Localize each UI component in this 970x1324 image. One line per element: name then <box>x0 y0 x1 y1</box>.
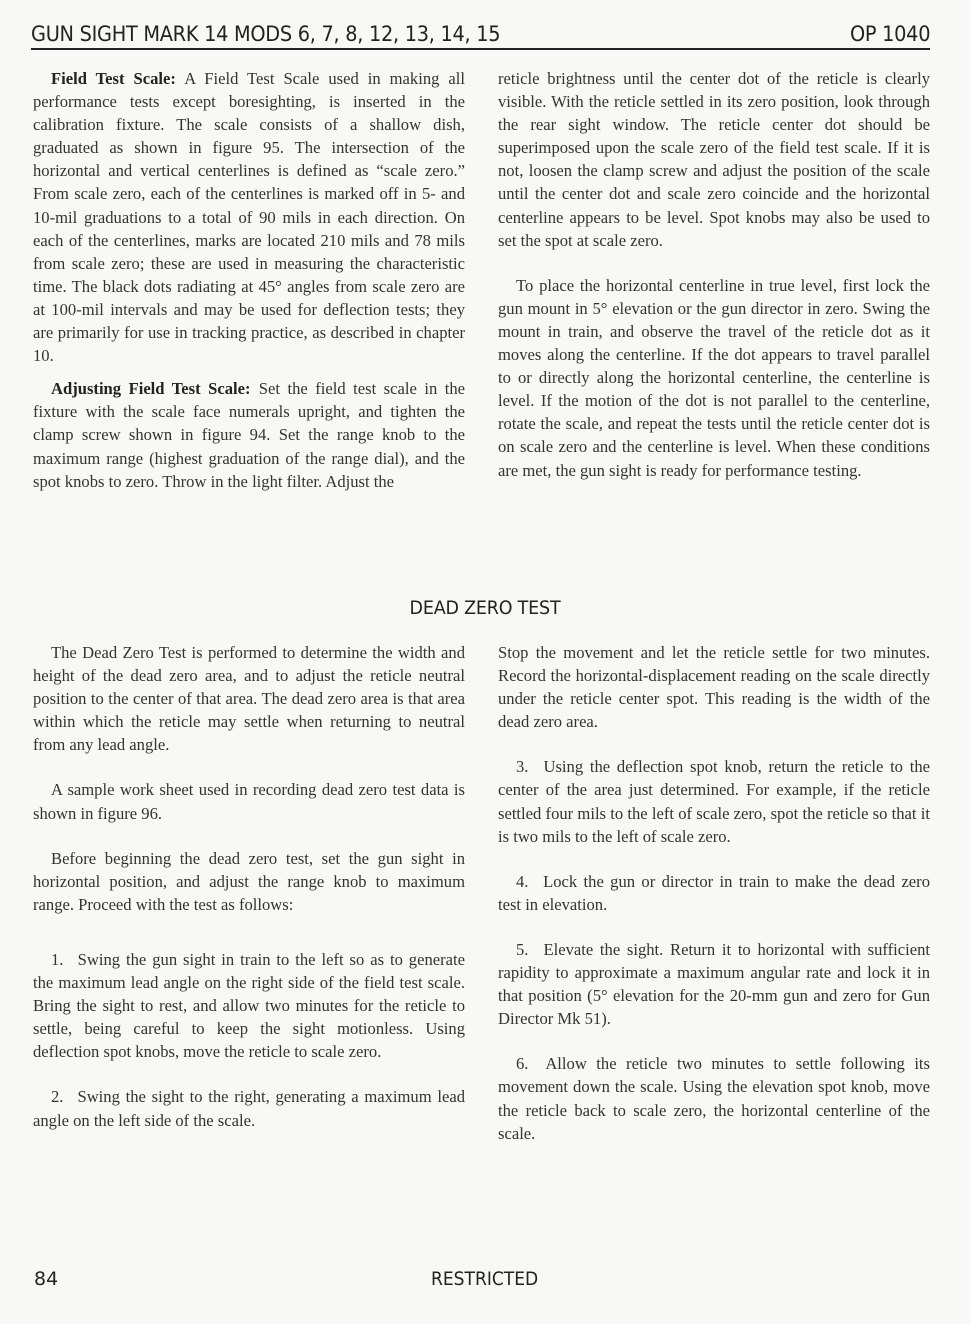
step-1: 1. Swing the gun sight in train to the l… <box>33 948 465 1063</box>
paragraph: To place the horizontal centerline in tr… <box>498 274 930 482</box>
step-2: 2. Swing the sight to the right, generat… <box>33 1085 465 1131</box>
step-4: 4. Lock the gun or director in train to … <box>498 870 930 916</box>
paragraph: The Dead Zero Test is performed to deter… <box>33 641 465 756</box>
paragraph-lead: Field Test Scale: <box>51 69 176 88</box>
top-left-column: Field Test Scale: A Field Test Scale use… <box>33 67 465 493</box>
field-test-scale-paragraph: Field Test Scale: A Field Test Scale use… <box>33 67 465 367</box>
paragraph: Before beginning the dead zero test, set… <box>33 847 465 916</box>
top-right-column: reticle brightness until the center dot … <box>498 67 930 482</box>
step-6: 6. Allow the reticle two minutes to sett… <box>498 1052 930 1144</box>
document-title: GUN SIGHT MARK 14 MODS 6, 7, 8, 12, 13, … <box>31 22 500 46</box>
paragraph-lead: Adjusting Field Test Scale: <box>51 379 251 398</box>
step-3: 3. Using the deflection spot knob, retur… <box>498 755 930 847</box>
paragraph: reticle brightness until the center dot … <box>498 67 930 252</box>
step-2-continued: Stop the movement and let the reticle se… <box>498 641 930 733</box>
step-5: 5. Elevate the sight. Return it to horiz… <box>498 938 930 1030</box>
adjusting-scale-paragraph: Adjusting Field Test Scale: Set the fiel… <box>33 377 465 492</box>
document-id: OP 1040 <box>850 22 930 46</box>
paragraph: A sample work sheet used in recording de… <box>33 778 465 824</box>
classification-marking: RESTRICTED <box>0 1268 970 1290</box>
bottom-right-column: Stop the movement and let the reticle se… <box>498 641 930 1145</box>
section-heading: DEAD ZERO TEST <box>0 597 970 619</box>
running-header: GUN SIGHT MARK 14 MODS 6, 7, 8, 12, 13, … <box>31 20 930 50</box>
bottom-left-column: The Dead Zero Test is performed to deter… <box>33 641 465 1132</box>
